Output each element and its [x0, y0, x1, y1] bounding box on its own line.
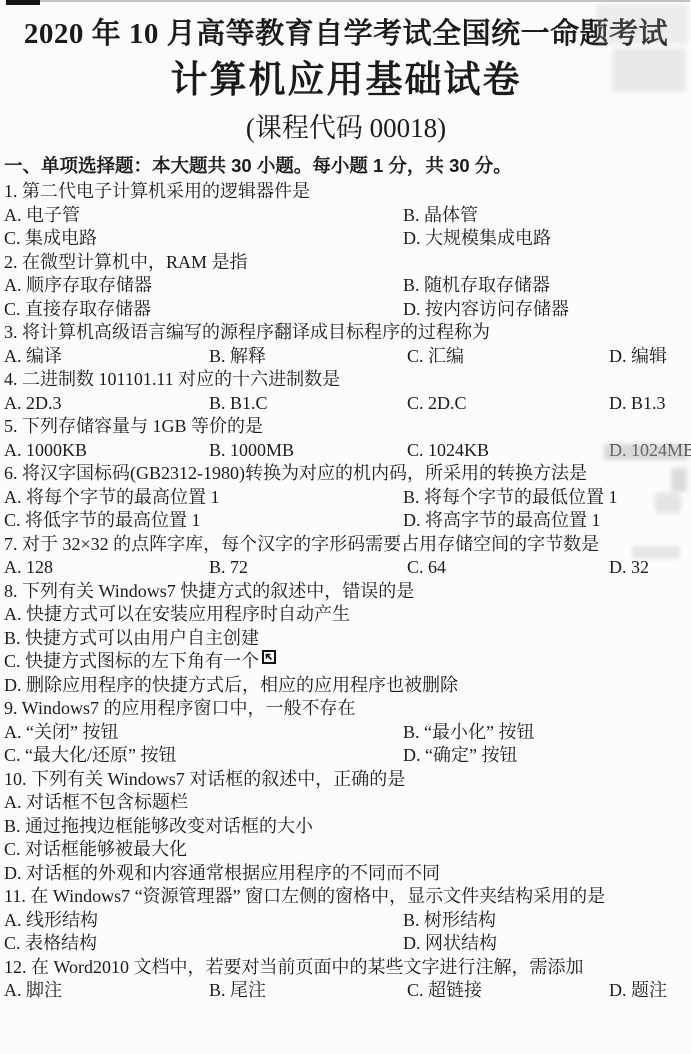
exam-session-title: 2020 年 10 月高等教育自学考试全国统一命题考试 — [4, 14, 688, 54]
question-stem: 9. Windows7 的应用程序窗口中，一般不存在 — [4, 697, 688, 721]
question-stem: 4. 二进制数 101101.11 对应的十六进制数是 — [4, 368, 688, 392]
q7-option-d: D. 32 — [609, 556, 688, 580]
option-text: A. 128 — [4, 557, 53, 577]
option-text: C. 表格结构 — [4, 933, 97, 953]
option-text: A. 线形结构 — [4, 910, 98, 930]
exam-paper-page: 2020 年 10 月高等教育自学考试全国统一命题考试 计算机应用基础试卷 (课… — [0, 0, 691, 1054]
q11-option-a: A. 线形结构 — [4, 909, 403, 933]
option-text: C. 2D.C — [407, 393, 467, 413]
options-row: A. 对话框不包含标题栏B. 通过拖拽边框能够改变对话框的大小C. 对话框能够被… — [4, 791, 688, 885]
q11-option-b: B. 树形结构 — [403, 909, 688, 933]
option-text: D. B1.3 — [609, 393, 666, 413]
option-text: C. 1024KB — [407, 440, 489, 460]
option-text: B. 尾注 — [209, 980, 266, 1000]
option-text: B. 晶体管 — [403, 205, 478, 225]
question-5: 5. 下列存储容量与 1GB 等价的是A. 1000KBB. 1000MBC. … — [4, 415, 688, 462]
q5-option-a: A. 1000KB — [4, 439, 209, 463]
question-stem: 1. 第二代电子计算机采用的逻辑器件是 — [4, 180, 688, 204]
question-1: 1. 第二代电子计算机采用的逻辑器件是A. 电子管B. 晶体管C. 集成电路D.… — [4, 180, 688, 251]
q7-option-a: A. 128 — [4, 556, 209, 580]
question-12: 12. 在 Word2010 文档中，若要对当前页面中的某些文字进行注解，需添加… — [4, 956, 688, 1003]
question-11: 11. 在 Windows7 “资源管理器” 窗口左侧的窗格中，显示文件夹结构采… — [4, 885, 688, 956]
scan-edge-mark — [40, 0, 690, 2]
option-text: A. 对话框不包含标题栏 — [4, 792, 188, 812]
q6-option-d: D. 将高字节的最高位置 1 — [403, 509, 688, 533]
q4-option-d: D. B1.3 — [609, 392, 688, 416]
question-8: 8. 下列有关 Windows7 快捷方式的叙述中，错误的是A. 快捷方式可以在… — [4, 580, 688, 698]
q4-option-a: A. 2D.3 — [4, 392, 209, 416]
options-row: A. 编译B. 解释C. 汇编D. 编辑 — [4, 345, 688, 369]
q2-option-a: A. 顺序存取存储器 — [4, 274, 403, 298]
question-6: 6. 将汉字国标码(GB2312-1980)转换为对应的机内码，所采用的转换方法… — [4, 462, 688, 533]
q1-option-b: B. 晶体管 — [403, 204, 688, 228]
option-text: B. 解释 — [209, 346, 266, 366]
q11-option-c: C. 表格结构 — [4, 932, 403, 956]
option-text: D. 将高字节的最高位置 1 — [403, 510, 601, 530]
q12-option-a: A. 脚注 — [4, 979, 209, 1003]
question-stem: 7. 对于 32×32 的点阵字库，每个汉字的字形码需要占用存储空间的字节数是 — [4, 533, 688, 557]
paper-title: 计算机应用基础试卷 — [4, 54, 688, 108]
options-row: A. 2D.3B. B1.CC. 2D.CD. B1.3 — [4, 392, 688, 416]
question-9: 9. Windows7 的应用程序窗口中，一般不存在A. “关闭” 按钮B. “… — [4, 697, 688, 768]
scan-edge-mark — [6, 0, 40, 5]
option-text: C. 直接存取存储器 — [4, 299, 151, 319]
q10-option-b: B. 通过拖拽边框能够改变对话框的大小 — [4, 815, 688, 839]
q5-option-d: D. 1024MB — [609, 439, 691, 463]
question-4: 4. 二进制数 101101.11 对应的十六进制数是A. 2D.3B. B1.… — [4, 368, 688, 415]
option-text: B. 树形结构 — [403, 910, 496, 930]
option-text: A. 顺序存取存储器 — [4, 275, 152, 295]
q12-option-c: C. 超链接 — [407, 979, 609, 1003]
options-row: A. 线形结构B. 树形结构C. 表格结构D. 网状结构 — [4, 909, 688, 956]
option-text: C. 将低字节的最高位置 1 — [4, 510, 201, 530]
question-stem: 6. 将汉字国标码(GB2312-1980)转换为对应的机内码，所采用的转换方法… — [4, 462, 688, 486]
option-text: C. “最大化/还原” 按钮 — [4, 745, 177, 765]
question-10: 10. 下列有关 Windows7 对话框的叙述中，正确的是A. 对话框不包含标… — [4, 768, 688, 886]
q8-option-a: A. 快捷方式可以在安装应用程序时自动产生 — [4, 603, 688, 627]
q10-option-c: C. 对话框能够被最大化 — [4, 838, 688, 862]
q3-option-a: A. 编译 — [4, 345, 209, 369]
q2-option-c: C. 直接存取存储器 — [4, 298, 403, 322]
options-row: A. 顺序存取存储器B. 随机存取存储器C. 直接存取存储器D. 按内容访问存储… — [4, 274, 688, 321]
q8-option-d: D. 删除应用程序的快捷方式后，相应的应用程序也被删除 — [4, 674, 688, 698]
q4-option-b: B. B1.C — [209, 392, 407, 416]
option-text: A. 电子管 — [4, 205, 80, 225]
question-stem: 11. 在 Windows7 “资源管理器” 窗口左侧的窗格中，显示文件夹结构采… — [4, 885, 688, 909]
q9-option-a: A. “关闭” 按钮 — [4, 721, 403, 745]
q10-option-a: A. 对话框不包含标题栏 — [4, 791, 688, 815]
option-text: B. 72 — [209, 557, 248, 577]
options-row: A. 电子管B. 晶体管C. 集成电路D. 大规模集成电路 — [4, 204, 688, 251]
option-text: C. 超链接 — [407, 980, 482, 1000]
question-stem: 8. 下列有关 Windows7 快捷方式的叙述中，错误的是 — [4, 580, 688, 604]
options-row: A. 快捷方式可以在安装应用程序时自动产生B. 快捷方式可以由用户自主创建C. … — [4, 603, 688, 697]
paper-header: 2020 年 10 月高等教育自学考试全国统一命题考试 计算机应用基础试卷 (课… — [4, 14, 688, 180]
q1-option-c: C. 集成电路 — [4, 227, 403, 251]
option-text: A. 快捷方式可以在安装应用程序时自动产生 — [4, 604, 350, 624]
option-text: B. 1000MB — [209, 440, 294, 460]
option-text: C. 集成电路 — [4, 228, 97, 248]
options-row: A. 1000KBB. 1000MBC. 1024KBD. 1024MB — [4, 439, 688, 463]
option-text: D. 编辑 — [609, 346, 667, 366]
option-text: B. 通过拖拽边框能够改变对话框的大小 — [4, 816, 313, 836]
q3-option-d: D. 编辑 — [609, 345, 688, 369]
q9-option-c: C. “最大化/还原” 按钮 — [4, 744, 403, 768]
option-text: A. 脚注 — [4, 980, 62, 1000]
option-text: A. “关闭” 按钮 — [4, 722, 118, 742]
question-stem: 2. 在微型计算机中，RAM 是指 — [4, 251, 688, 275]
q1-option-d: D. 大规模集成电路 — [403, 227, 688, 251]
course-code: (课程代码 00018) — [4, 108, 688, 148]
q2-option-b: B. 随机存取存储器 — [403, 274, 688, 298]
option-text: B. 快捷方式可以由用户自主创建 — [4, 628, 259, 648]
q4-option-c: C. 2D.C — [407, 392, 609, 416]
option-text: D. 大规模集成电路 — [403, 228, 551, 248]
question-2: 2. 在微型计算机中，RAM 是指A. 顺序存取存储器B. 随机存取存储器C. … — [4, 251, 688, 322]
option-text: B. B1.C — [209, 393, 268, 413]
option-text: A. 1000KB — [4, 440, 87, 460]
option-text: A. 将每个字节的最高位置 1 — [4, 487, 220, 507]
options-row: A. 128B. 72C. 64D. 32 — [4, 556, 688, 580]
q7-option-b: B. 72 — [209, 556, 407, 580]
option-text: D. 删除应用程序的快捷方式后，相应的应用程序也被删除 — [4, 675, 458, 695]
q9-option-b: B. “最小化” 按钮 — [403, 721, 688, 745]
option-text: D. 题注 — [609, 980, 667, 1000]
option-text: C. 对话框能够被最大化 — [4, 839, 187, 859]
option-text: B. “最小化” 按钮 — [403, 722, 534, 742]
q7-option-c: C. 64 — [407, 556, 609, 580]
shortcut-arrow-icon — [262, 650, 276, 664]
q8-option-b: B. 快捷方式可以由用户自主创建 — [4, 627, 688, 651]
option-text: B. 将每个字节的最低位置 1 — [403, 487, 618, 507]
question-7: 7. 对于 32×32 的点阵字库，每个汉字的字形码需要占用存储空间的字节数是A… — [4, 533, 688, 580]
section-heading: 一、单项选择题：本大题共 30 小题。每小题 1 分，共 30 分。 — [4, 152, 688, 180]
options-row: A. “关闭” 按钮B. “最小化” 按钮C. “最大化/还原” 按钮D. “确… — [4, 721, 688, 768]
q1-option-a: A. 电子管 — [4, 204, 403, 228]
q12-option-d: D. 题注 — [609, 979, 688, 1003]
option-text: A. 2D.3 — [4, 393, 62, 413]
option-text: D. 32 — [609, 557, 649, 577]
q5-option-c: C. 1024KB — [407, 439, 609, 463]
q2-option-d: D. 按内容访问存储器 — [403, 298, 688, 322]
q3-option-b: B. 解释 — [209, 345, 407, 369]
option-text: D. 网状结构 — [403, 933, 497, 953]
options-row: A. 脚注B. 尾注C. 超链接D. 题注 — [4, 979, 688, 1003]
question-stem: 5. 下列存储容量与 1GB 等价的是 — [4, 415, 688, 439]
question-stem: 10. 下列有关 Windows7 对话框的叙述中，正确的是 — [4, 768, 688, 792]
option-text: D. 1024MB — [609, 440, 691, 460]
q9-option-d: D. “确定” 按钮 — [403, 744, 688, 768]
q10-option-d: D. 对话框的外观和内容通常根据应用程序的不同而不同 — [4, 862, 688, 886]
option-text: D. 对话框的外观和内容通常根据应用程序的不同而不同 — [4, 863, 440, 883]
question-3: 3. 将计算机高级语言编写的源程序翻译成目标程序的过程称为A. 编译B. 解释C… — [4, 321, 688, 368]
option-text: C. 快捷方式图标的左下角有一个 — [4, 651, 259, 671]
option-text: C. 64 — [407, 557, 446, 577]
q3-option-c: C. 汇编 — [407, 345, 609, 369]
option-text: B. 随机存取存储器 — [403, 275, 550, 295]
question-list: 1. 第二代电子计算机采用的逻辑器件是A. 电子管B. 晶体管C. 集成电路D.… — [4, 180, 688, 1003]
option-text: A. 编译 — [4, 346, 62, 366]
option-text: D. 按内容访问存储器 — [403, 299, 569, 319]
option-text: D. “确定” 按钮 — [403, 745, 517, 765]
q12-option-b: B. 尾注 — [209, 979, 407, 1003]
options-row: A. 将每个字节的最高位置 1B. 将每个字节的最低位置 1C. 将低字节的最高… — [4, 486, 688, 533]
q8-option-c: C. 快捷方式图标的左下角有一个 — [4, 650, 688, 674]
q6-option-c: C. 将低字节的最高位置 1 — [4, 509, 403, 533]
question-stem: 12. 在 Word2010 文档中，若要对当前页面中的某些文字进行注解，需添加 — [4, 956, 688, 980]
option-text: C. 汇编 — [407, 346, 464, 366]
q11-option-d: D. 网状结构 — [403, 932, 688, 956]
q6-option-b: B. 将每个字节的最低位置 1 — [403, 486, 688, 510]
q5-option-b: B. 1000MB — [209, 439, 407, 463]
question-stem: 3. 将计算机高级语言编写的源程序翻译成目标程序的过程称为 — [4, 321, 688, 345]
q6-option-a: A. 将每个字节的最高位置 1 — [4, 486, 403, 510]
